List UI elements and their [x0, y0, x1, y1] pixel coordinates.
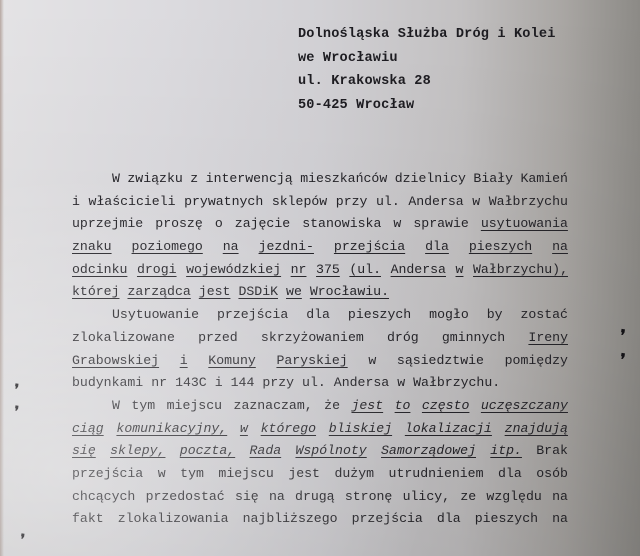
word: w [397, 372, 405, 395]
word: drugą [295, 486, 335, 509]
word: Andersa [334, 372, 389, 395]
word: Samorządowej [381, 440, 476, 463]
word: na [269, 486, 285, 509]
word: W [112, 395, 120, 418]
word: ul. [302, 372, 326, 395]
word: ul. [376, 191, 400, 214]
word: przejścia [352, 508, 423, 531]
word: Paryskiej [276, 350, 347, 373]
text-line: faktzlokalizowanianajbliższegoprzejściad… [72, 508, 568, 531]
word: nr [151, 372, 167, 395]
word: przejścia [217, 304, 288, 327]
word: że [324, 395, 340, 418]
word: W [112, 168, 120, 191]
word: mogło [429, 304, 469, 327]
word: ulicy, [403, 486, 450, 509]
word: odcinku [72, 259, 127, 282]
word: jest [199, 281, 231, 304]
text-line: uprzejmieproszęozajęciestanowiskawsprawi… [72, 213, 568, 236]
word: sklepów [272, 191, 327, 214]
word: pieszych [469, 236, 532, 259]
word: zlokalizowane [72, 327, 175, 350]
text-line: iwłaścicieliprywatnychsklepówprzyul.Ande… [72, 191, 568, 214]
punch-hole-mark-icon: ❜ [13, 404, 20, 420]
text-line: budynkaminr143Ci144przyul.AndersawWałbrz… [72, 372, 568, 395]
text-line-underlined: którejzarządcajestDSDiKweWrocławiu. [72, 281, 568, 304]
letter-body: Wzwiązkuzinterwencjąmieszkańcówdzielnicy… [72, 168, 568, 531]
text-line-emphasized: ciągkomunikacyjny,wktóregobliskiejlokali… [72, 418, 568, 441]
word: w [456, 259, 464, 282]
word: dla [437, 508, 461, 531]
word: sąsiedztwie [397, 350, 484, 373]
word: dróg [387, 327, 419, 350]
word: właścicieli [88, 191, 175, 214]
word: dla [425, 236, 449, 259]
word: Wałbrzychu [489, 191, 568, 214]
word: i [180, 350, 188, 373]
word: uczęszczany [481, 395, 568, 418]
text-line: zlokalizowaneprzedskrzyżowaniemdróggminn… [72, 327, 568, 350]
text-line: chcącychprzedostaćsięnadrugąstronęulicy,… [72, 486, 568, 509]
text-line: Wzwiązkuzinterwencjąmieszkańcówdzielnicy… [72, 168, 568, 191]
text-line-emphasized: sięsklepy,poczta,RadaWspólnotySamorządow… [72, 440, 568, 463]
word: przy [336, 191, 368, 214]
word: pomiędzy [505, 350, 568, 373]
word: na [552, 508, 568, 531]
word: Andersa [408, 191, 463, 214]
word: w [472, 191, 480, 214]
word: Biały [473, 168, 513, 191]
word: najbliższego [243, 508, 338, 531]
word: zajęcie [235, 213, 290, 236]
word: w [393, 213, 401, 236]
word: utrudnieniem [389, 463, 484, 486]
word: dzielnicy [395, 168, 466, 191]
word: Brak [536, 440, 568, 463]
word: i [215, 372, 223, 395]
word: zaznaczam, [234, 395, 313, 418]
word: Andersa [391, 259, 446, 282]
word: chcących [72, 486, 135, 509]
word: dla [498, 463, 522, 486]
word: związku [127, 168, 182, 191]
word: fakt [72, 508, 104, 531]
word: miejscu [218, 463, 273, 486]
word: (ul. [349, 259, 381, 282]
word: interwencją [206, 168, 293, 191]
word: by [487, 304, 503, 327]
word: znaku [72, 236, 112, 259]
text-line: Wtymmiejscuzaznaczam,żejesttoczęstouczęs… [72, 395, 568, 418]
word: poczta, [180, 440, 235, 463]
recipient-line: we Wrocławiu [298, 47, 556, 71]
word: tym [131, 395, 155, 418]
text-line: GrabowskiejiKomunyParyskiejwsąsiedztwiep… [72, 350, 568, 373]
word: dużym [334, 463, 374, 486]
word: komunikacyjny, [116, 418, 227, 441]
word: się [235, 486, 259, 509]
text-line-underlined: znakupoziomegonajezdni-przejściadlapiesz… [72, 236, 568, 259]
word: znajdują [505, 418, 568, 441]
word: zlokalizowania [118, 508, 229, 531]
word: ciąg [72, 418, 104, 441]
word: Wrocławiu. [310, 281, 389, 304]
word: proszę [155, 213, 202, 236]
word: we [286, 281, 302, 304]
word: osób [536, 463, 568, 486]
punch-hole-mark-icon: ❜ [13, 382, 20, 398]
word: o [215, 213, 223, 236]
word: Rada [250, 440, 282, 463]
word: jest [351, 395, 383, 418]
word: przed [198, 327, 238, 350]
word: skrzyżowaniem [261, 327, 364, 350]
recipient-line: Dolnośląska Służba Dróg i Kolei [298, 23, 556, 47]
punch-hole-mark-icon: ❜ [619, 350, 627, 370]
word: gminnych [442, 327, 505, 350]
word: przy [262, 372, 294, 395]
text-line: Usytuowanieprzejściadlapieszychmogłobyzo… [72, 304, 568, 327]
word: Ireny [528, 327, 568, 350]
word: na [552, 236, 568, 259]
word: jest [288, 463, 320, 486]
word: usytuowania [481, 213, 568, 236]
word: tym [180, 463, 204, 486]
word: Wałbrzychu. [413, 372, 500, 395]
word: drogi [137, 259, 177, 282]
word: mieszkańców [300, 168, 387, 191]
word: bliskiej [329, 418, 392, 441]
punch-hole-mark-icon: ❜ [19, 532, 26, 548]
word: przejścia [334, 236, 405, 259]
word: prywatnych [184, 191, 263, 214]
word: miejscu [167, 395, 222, 418]
word: w [368, 350, 376, 373]
recipient-line: 50-425 Wrocław [298, 94, 556, 118]
word: poziomego [132, 236, 203, 259]
word: to [395, 395, 411, 418]
word: której [72, 281, 119, 304]
recipient-line: ul. Krakowska 28 [298, 70, 556, 94]
word: nr [291, 259, 307, 282]
word: Kamień [520, 168, 567, 191]
word: dla [306, 304, 330, 327]
word: sprawie [413, 213, 468, 236]
word: i [72, 191, 80, 214]
word: z [190, 168, 198, 191]
word: wojewódzkiej [186, 259, 281, 282]
word: przejścia [72, 463, 143, 486]
word: itp. [490, 440, 522, 463]
word: 144 [231, 372, 255, 395]
recipient-address: Dolnośląska Służba Dróg i Kolei we Wrocł… [298, 23, 556, 117]
word: na [552, 486, 568, 509]
word: którego [261, 418, 316, 441]
text-line-underlined: odcinkudrogiwojewódzkiejnr375(ul.Andersa… [72, 259, 568, 282]
word: stronę [345, 486, 392, 509]
word: stanowiska [302, 213, 381, 236]
word: DSDiK [238, 281, 278, 304]
word: pieszych [348, 304, 411, 327]
word: w [158, 463, 166, 486]
word: względu [486, 486, 541, 509]
word: uprzejmie [72, 213, 143, 236]
word: się [72, 440, 96, 463]
word: często [422, 395, 469, 418]
word: Grabowskiej [72, 350, 159, 373]
word: jezdni- [259, 236, 314, 259]
word: zostać [520, 304, 567, 327]
word: w [240, 418, 248, 441]
word: na [223, 236, 239, 259]
word: 375 [316, 259, 340, 282]
punch-hole-mark-icon: ❜ [619, 326, 627, 346]
text-line: przejściawtymmiejscujestdużymutrudnienie… [72, 463, 568, 486]
word: Wałbrzychu), [473, 259, 568, 282]
word: 143C [175, 372, 207, 395]
word: przedostać [146, 486, 225, 509]
word: Usytuowanie [112, 304, 199, 327]
word: Wspólnoty [295, 440, 366, 463]
word: sklepy, [110, 440, 165, 463]
paper-left-edge [0, 0, 4, 556]
word: ze [460, 486, 476, 509]
word: Komuny [208, 350, 255, 373]
word: pieszych [475, 508, 538, 531]
word: zarządca [127, 281, 190, 304]
word: budynkami [72, 372, 143, 395]
word: lokalizacji [405, 418, 492, 441]
